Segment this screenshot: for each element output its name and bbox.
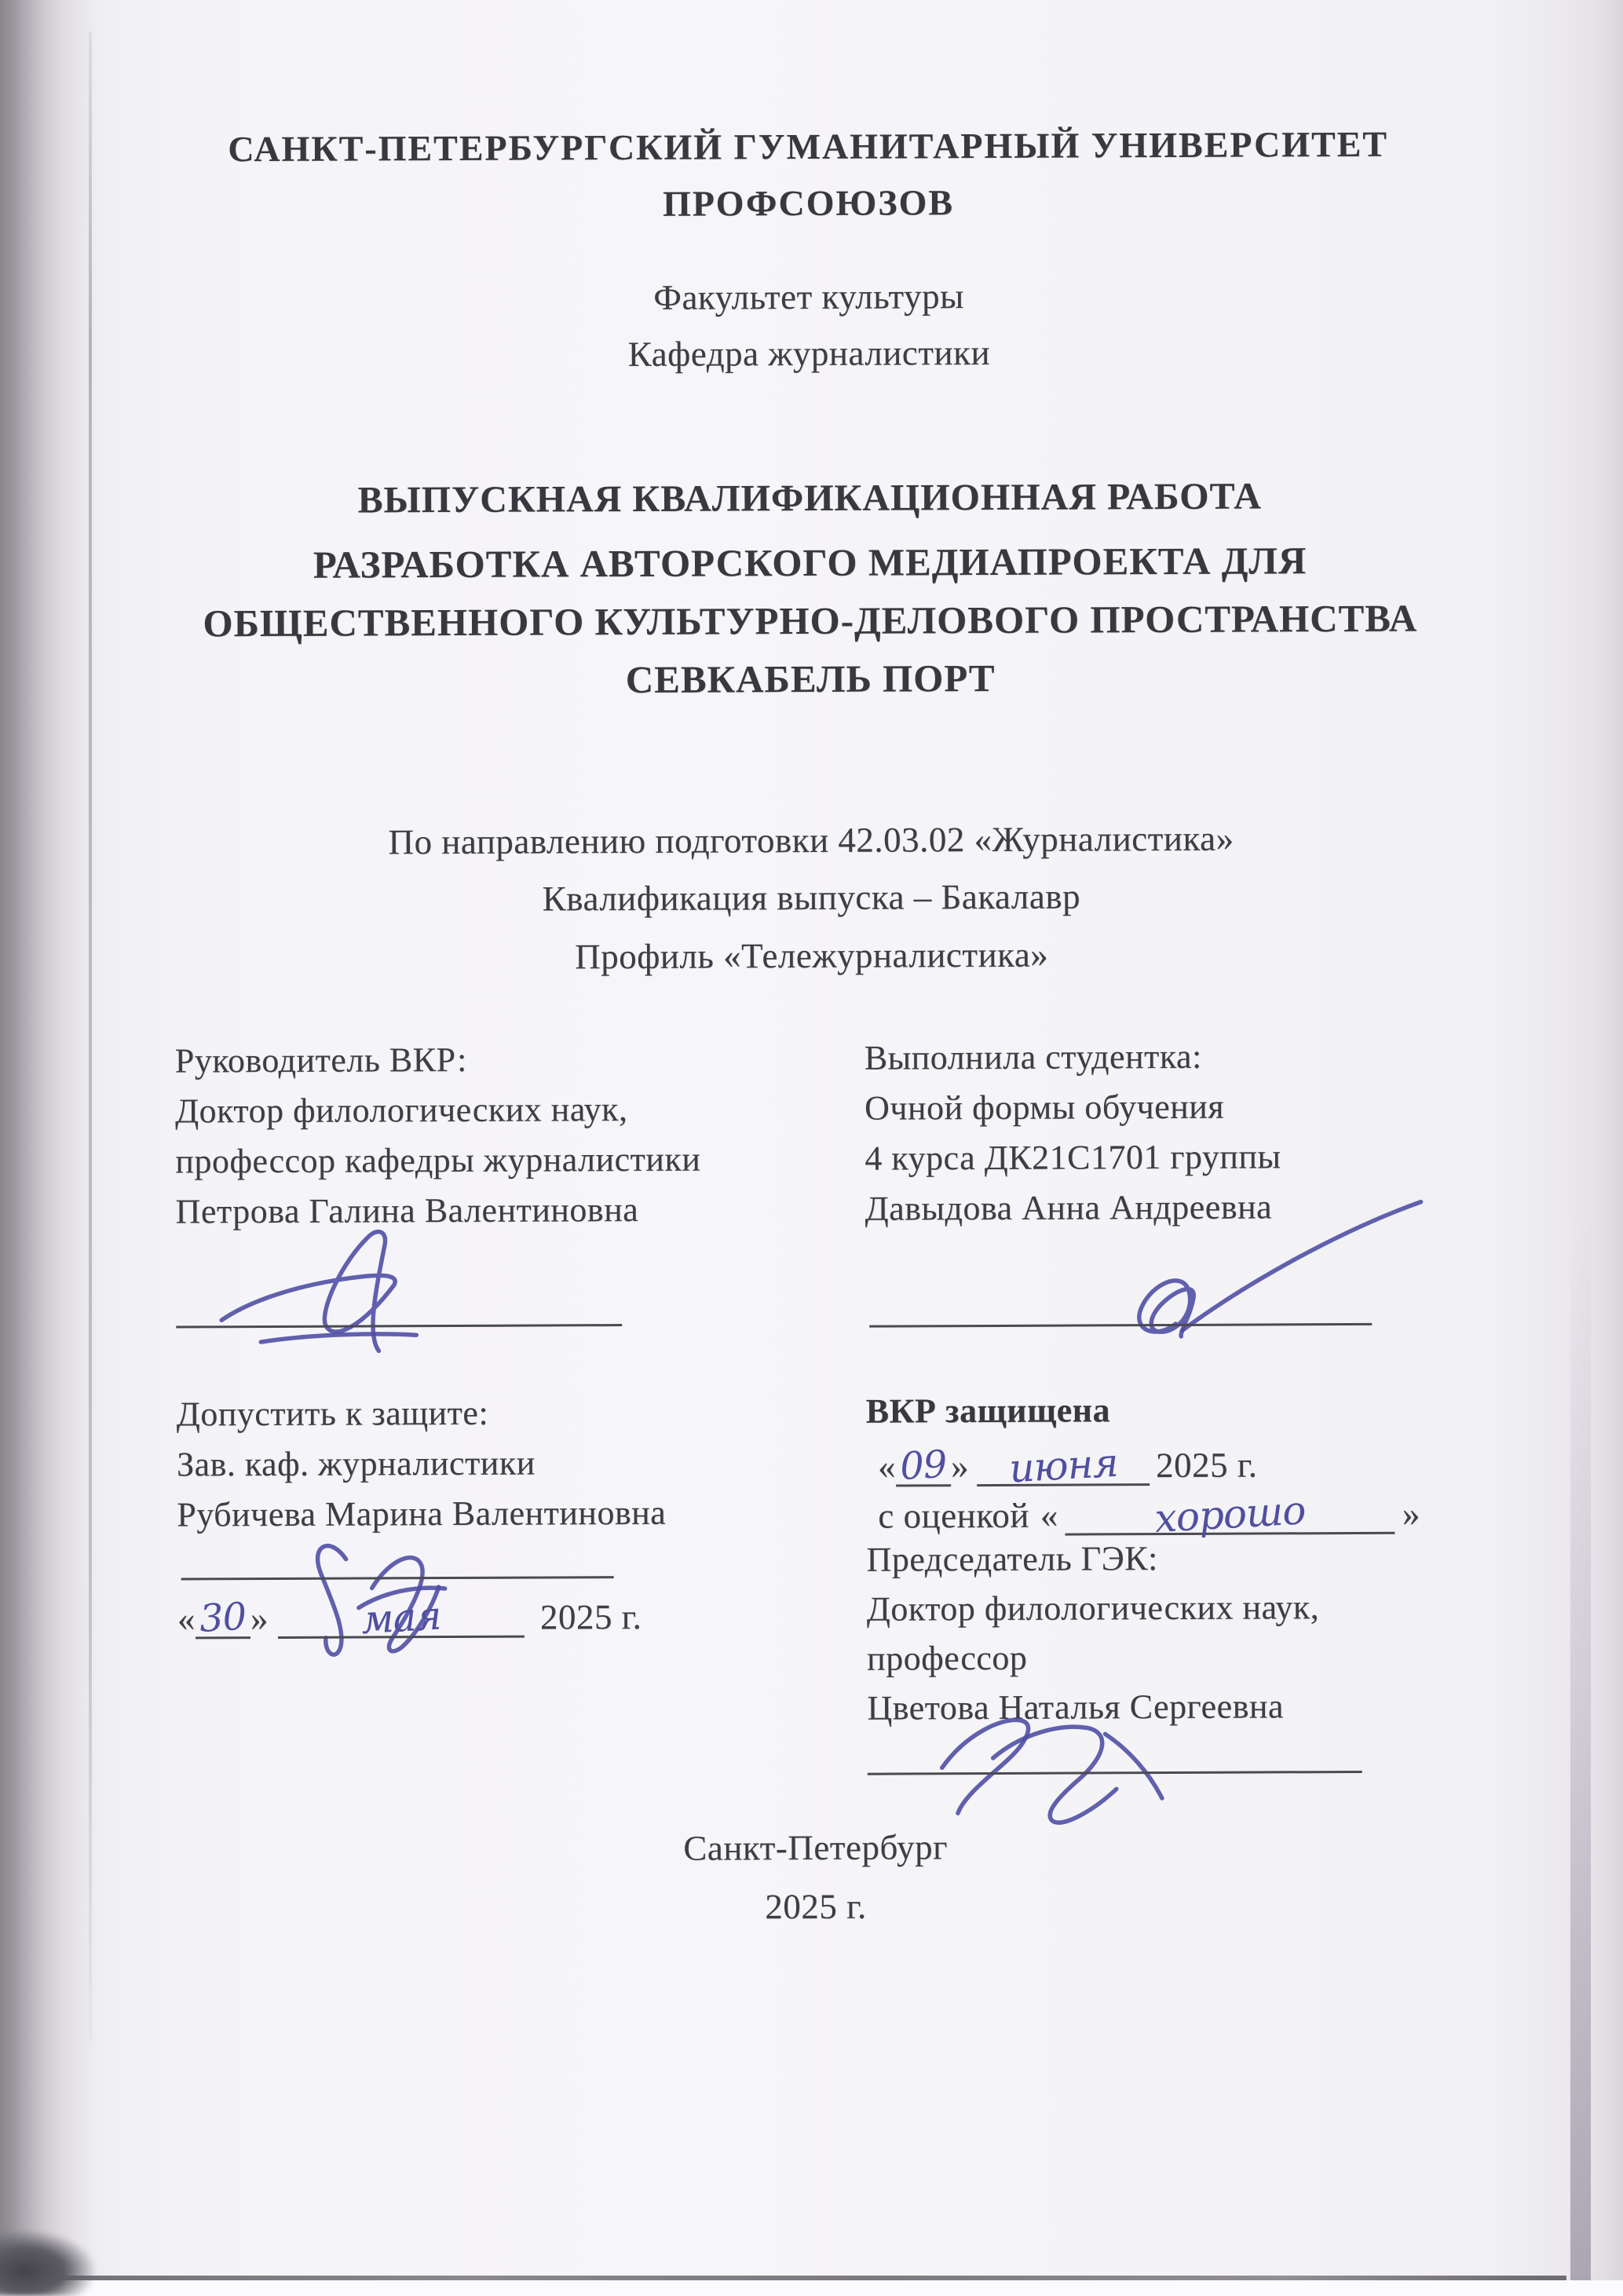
grade-label: с оценкой bbox=[878, 1496, 1029, 1536]
department-name: Кафедра журналистики bbox=[0, 329, 1621, 377]
defense-month-handwritten: июня bbox=[1008, 1440, 1119, 1492]
defense-year: 2025 г. bbox=[1156, 1446, 1258, 1486]
grade-blank: хорошо bbox=[1065, 1488, 1395, 1536]
supervisor-signature bbox=[215, 1223, 475, 1356]
defense-day-blank: 09 bbox=[896, 1440, 951, 1486]
defense-month-blank: июня bbox=[977, 1439, 1150, 1486]
chairman-signature bbox=[926, 1710, 1170, 1829]
admission-month-blank: мая bbox=[278, 1592, 525, 1639]
supervisor-label: Руководитель ВКР: bbox=[175, 1040, 467, 1081]
chairman-degree: Доктор филологических наук, bbox=[867, 1587, 1320, 1629]
student-group: 4 курса ДК21С1701 группы bbox=[865, 1136, 1281, 1178]
thesis-title-line-1: РАЗРАБОТКА АВТОРСКОГО МЕДИАПРОЕКТА ДЛЯ bbox=[0, 536, 1621, 588]
admission-date-row: «30»мая2025 г. bbox=[177, 1591, 642, 1640]
defense-quote-close: » bbox=[951, 1446, 969, 1486]
admission-quote-close: » bbox=[250, 1599, 269, 1638]
footer-city: Санкт-Петербург bbox=[4, 1823, 1623, 1871]
profile-line: Профиль «Тележурналистика» bbox=[0, 931, 1623, 979]
thesis-title-line-3: СЕВКАБЕЛЬ ПОРТ bbox=[0, 653, 1622, 704]
direction-line: По направлению подготовки 42.03.02 «Журн… bbox=[0, 816, 1623, 864]
admission-year: 2025 г. bbox=[540, 1597, 642, 1637]
defense-quote-open: « bbox=[878, 1447, 896, 1486]
supervisor-degree: Доктор филологических наук, bbox=[175, 1089, 628, 1132]
chairman-position: профессор bbox=[867, 1638, 1027, 1679]
scanned-title-page: САНКТ-ПЕТЕРБУРГСКИЙ ГУМАНИТАРНЫЙ УНИВЕРС… bbox=[0, 0, 1623, 2296]
grade-handwritten: хорошо bbox=[1153, 1487, 1307, 1541]
faculty-name: Факультет культуры bbox=[0, 272, 1621, 320]
admission-label: Допустить к защите: bbox=[177, 1393, 489, 1435]
thesis-title-line-2: ОБЩЕСТВЕННОГО КУЛЬТУРНО-ДЕЛОВОГО ПРОСТРА… bbox=[0, 594, 1621, 646]
qualification-line: Квалификация выпуска – Бакалавр bbox=[0, 873, 1623, 921]
admission-day-handwritten: 30 bbox=[199, 1595, 247, 1641]
document-content: САНКТ-ПЕТЕРБУРГСКИЙ ГУМАНИТАРНЫЙ УНИВЕРС… bbox=[0, 0, 1623, 2296]
admission-position: Зав. каф. журналистики bbox=[177, 1443, 536, 1485]
defense-grade-row: с оценкой«хорошо» bbox=[866, 1488, 1420, 1537]
admission-quote-open: « bbox=[177, 1599, 196, 1638]
grade-quote-open: « bbox=[1040, 1496, 1058, 1535]
supervisor-position: профессор кафедры журналистики bbox=[175, 1139, 700, 1182]
work-type-heading: ВЫПУСКНАЯ КВАЛИФИКАЦИОННАЯ РАБОТА bbox=[0, 473, 1621, 523]
student-signature bbox=[1101, 1197, 1431, 1344]
defense-label: ВКР защищена bbox=[866, 1390, 1111, 1431]
footer-year: 2025 г. bbox=[4, 1882, 1623, 1930]
grade-quote-close: » bbox=[1402, 1494, 1420, 1534]
defense-day-handwritten: 09 bbox=[899, 1442, 948, 1489]
admission-month-handwritten: мая bbox=[360, 1592, 443, 1643]
university-name-line-2: ПРОФСОЮЗОВ bbox=[0, 178, 1620, 227]
university-name-line-1: САНКТ-ПЕТЕРБУРГСКИЙ ГУМАНИТАРНЫЙ УНИВЕРС… bbox=[0, 122, 1620, 171]
admission-day-blank: 30 bbox=[196, 1592, 250, 1639]
defense-date-row: «09»июня2025 г. bbox=[866, 1439, 1258, 1487]
chairman-label: Председатель ГЭК: bbox=[866, 1538, 1157, 1580]
student-form: Очной формы обучения bbox=[865, 1087, 1224, 1128]
student-label: Выполнила студентка: bbox=[865, 1036, 1202, 1078]
